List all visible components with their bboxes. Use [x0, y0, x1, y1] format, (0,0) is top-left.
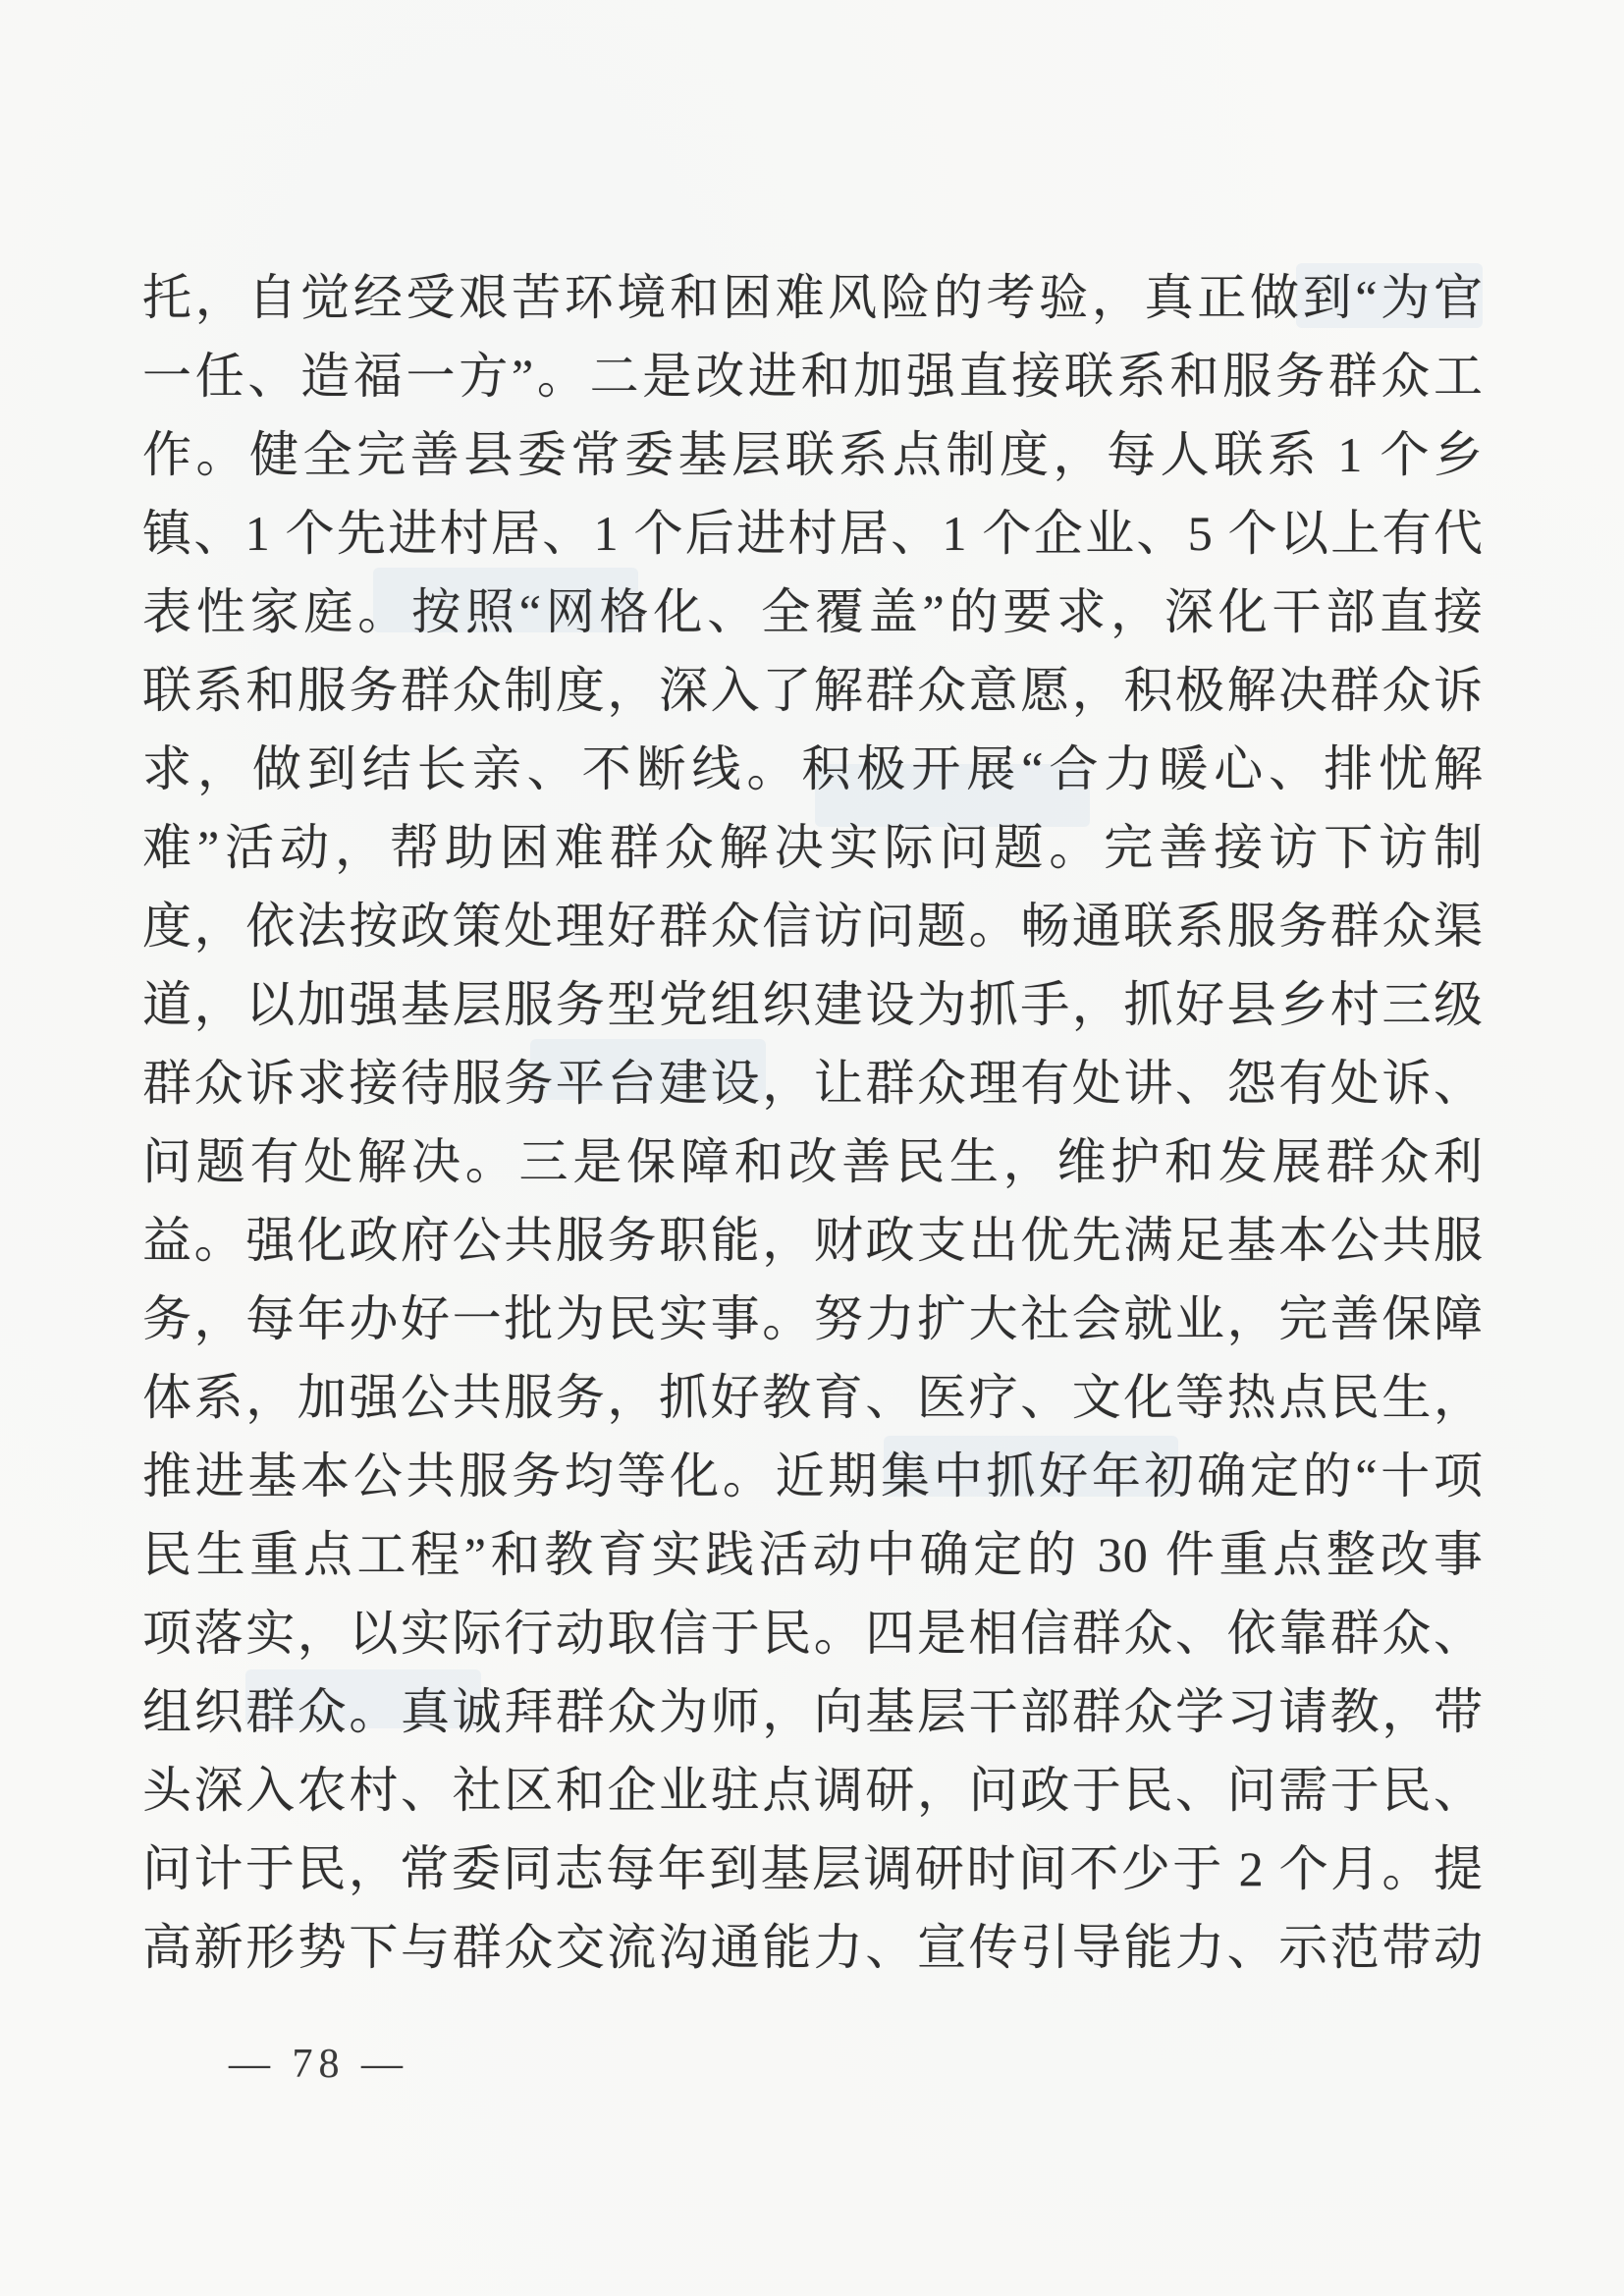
document-page: 托，自觉经受艰苦环境和困难风险的考验，真正做到“为官 一任、造福一方”。二是改进… — [0, 0, 1624, 2296]
text-line: 表性家庭。按照“网格化、全覆盖”的要求，深化干部直接 — [142, 573, 1484, 651]
text-line: 项落实，以实际行动取信于民。四是相信群众、依靠群众、 — [142, 1594, 1484, 1672]
text-line: 求，做到结长亲、不断线。积极开展“合力暖心、排忧解 — [142, 730, 1484, 808]
text-line: 托，自觉经受艰苦环境和困难风险的考验，真正做到“为官 — [142, 258, 1484, 337]
text-line: 益。强化政府公共服务职能，财政支出优先满足基本公共服 — [142, 1201, 1484, 1280]
text-line: 一任、造福一方”。二是改进和加强直接联系和服务群众工 — [142, 337, 1484, 415]
text-line: 道，以加强基层服务型党组织建设为抓手，抓好县乡村三级 — [142, 965, 1484, 1044]
text-line: 问题有处解决。三是保障和改善民生，维护和发展群众利 — [142, 1122, 1484, 1201]
text-line: 组织群众。真诚拜群众为师，向基层干部群众学习请教，带 — [142, 1672, 1484, 1751]
page-number: — 78 — — [229, 2041, 408, 2088]
text-line: 民生重点工程”和教育实践活动中确定的 30 件重点整改事 — [142, 1515, 1484, 1594]
text-line: 高新形势下与群众交流沟通能力、宣传引导能力、示范带动 — [142, 1908, 1484, 1987]
text-line: 头深入农村、社区和企业驻点调研，问政于民、问需于民、 — [142, 1751, 1484, 1830]
text-line: 推进基本公共服务均等化。近期集中抓好年初确定的“十项 — [142, 1437, 1484, 1515]
text-line: 群众诉求接待服务平台建设，让群众理有处讲、怨有处诉、 — [142, 1044, 1484, 1122]
text-line: 问计于民，常委同志每年到基层调研时间不少于 2 个月。提 — [142, 1830, 1484, 1908]
text-line: 联系和服务群众制度，深入了解群众意愿，积极解决群众诉 — [142, 651, 1484, 730]
text-line: 作。健全完善县委常委基层联系点制度，每人联系 1 个乡 — [142, 415, 1484, 494]
text-line: 镇、1 个先进村居、1 个后进村居、1 个企业、5 个以上有代 — [142, 494, 1484, 573]
text-line: 体系，加强公共服务，抓好教育、医疗、文化等热点民生， — [142, 1358, 1484, 1437]
body-text-block: 托，自觉经受艰苦环境和困难风险的考验，真正做到“为官 一任、造福一方”。二是改进… — [142, 258, 1484, 1987]
text-line: 务，每年办好一批为民实事。努力扩大社会就业，完善保障 — [142, 1280, 1484, 1358]
text-line: 难”活动，帮助困难群众解决实际问题。完善接访下访制 — [142, 808, 1484, 887]
text-line: 度，依法按政策处理好群众信访问题。畅通联系服务群众渠 — [142, 887, 1484, 965]
